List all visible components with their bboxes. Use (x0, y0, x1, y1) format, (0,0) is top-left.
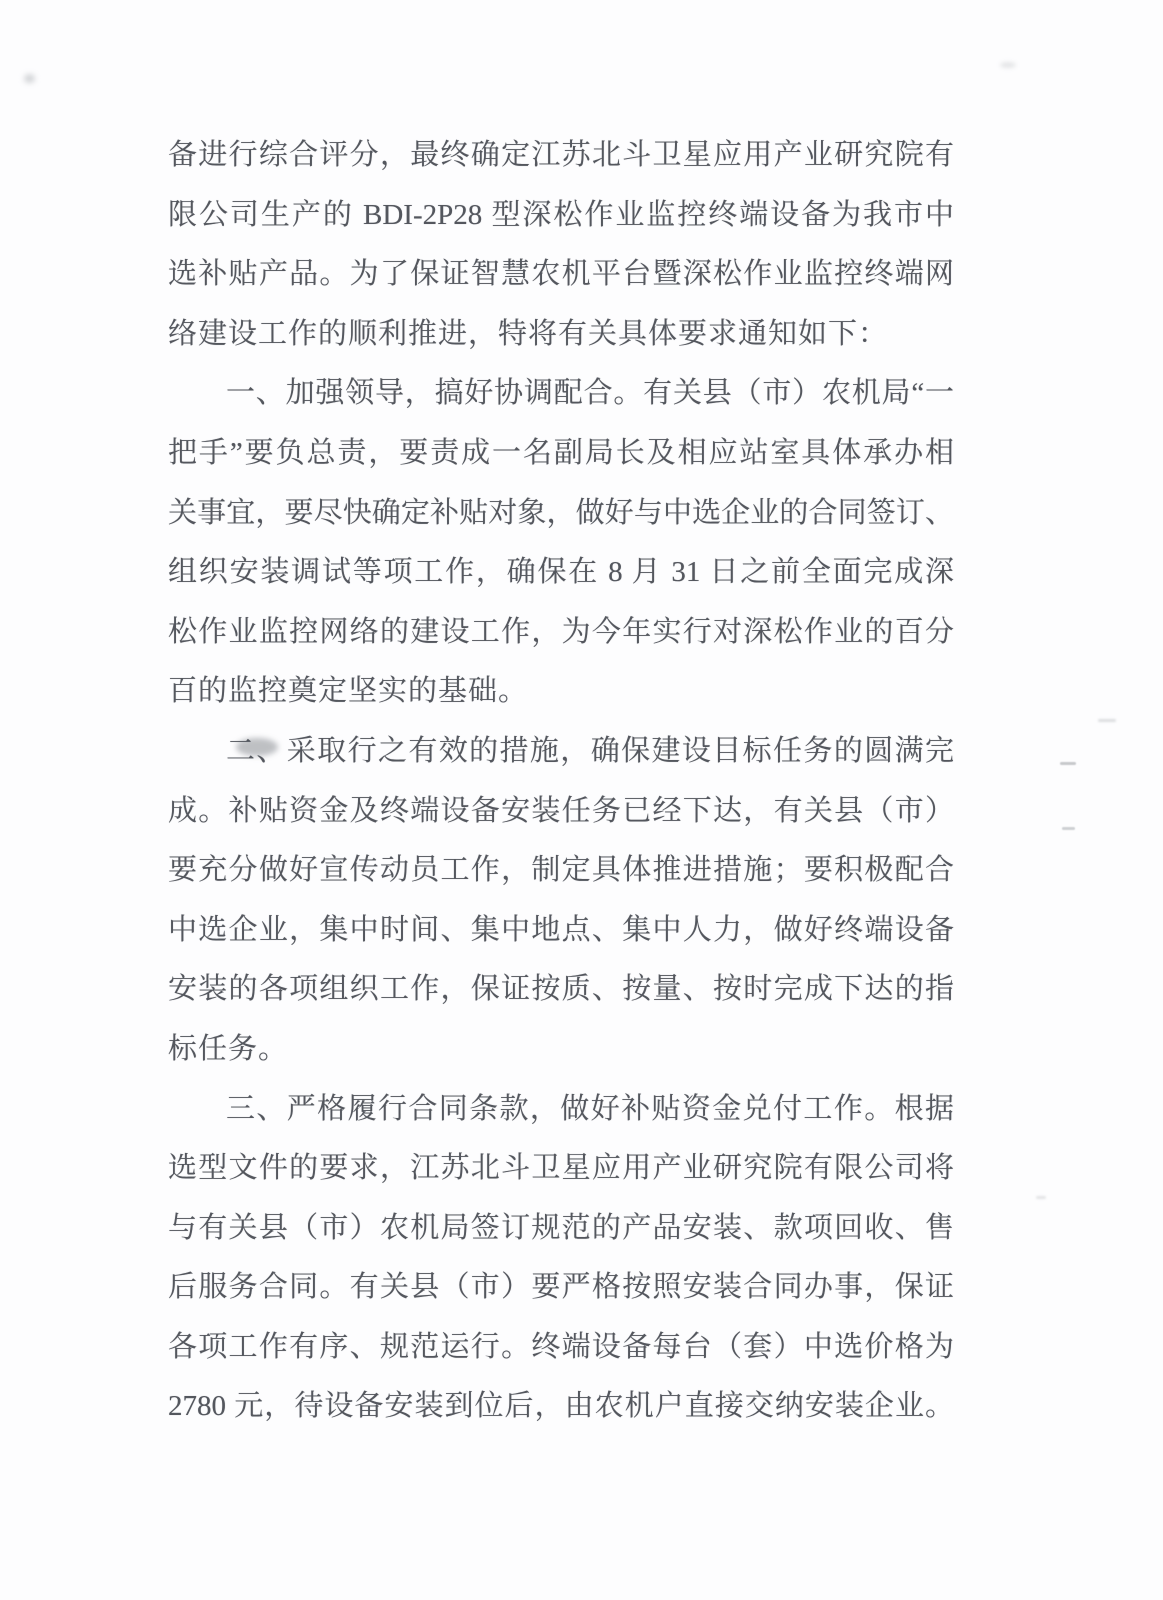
text-line: 各项工作有序、规范运行。终端设备每台（套）中选价格为 (168, 1318, 954, 1378)
text-line: 安装的各项组织工作，保证按质、按量、按时完成下达的指 (168, 960, 954, 1020)
text-line: 备进行综合评分，最终确定江苏北斗卫星应用产业研究院有 (168, 126, 954, 186)
text-line: 松作业监控网络的建设工作，为今年实行对深松作业的百分 (168, 603, 954, 663)
text-line: 中选企业，集中时间、集中地点、集中人力，做好终端设备 (168, 901, 954, 961)
scan-noise-dash (1098, 719, 1116, 722)
scan-noise-spot (24, 74, 35, 83)
text-line: 成。补贴资金及终端设备安装任务已经下达，有关县（市） (168, 782, 954, 842)
text-line-section-3-heading: 三、严格履行合同条款，做好补贴资金兑付工作。根据 (168, 1080, 954, 1140)
text-line: 与有关县（市）农机局签订规范的产品安装、款项回收、售 (168, 1199, 954, 1259)
document-body-text: 备进行综合评分，最终确定江苏北斗卫星应用产业研究院有 限公司生产的 BDI-2P… (168, 126, 954, 1437)
text-line-paragraph-end: 百的监控奠定坚实的基础。 (168, 662, 954, 722)
scan-noise-dash (1062, 827, 1075, 830)
document-page: 备进行综合评分，最终确定江苏北斗卫星应用产业研究院有 限公司生产的 BDI-2P… (0, 0, 1163, 1600)
text-line: 关事宜，要尽快确定补贴对象，做好与中选企业的合同签订、 (168, 484, 954, 544)
text-line: 选型文件的要求，江苏北斗卫星应用产业研究院有限公司将 (168, 1139, 954, 1199)
text-line: 组织安装调试等项工作，确保在 8 月 31 日之前全面完成深 (168, 543, 954, 603)
text-line-section-1-heading: 一、加强领导，搞好协调配合。有关县（市）农机局“一 (168, 364, 954, 424)
text-line: 2780 元，待设备安装到位后，由农机户直接交纳安装企业。 (168, 1377, 954, 1437)
text-line: 要充分做好宣传动员工作，制定具体推进措施；要积极配合 (168, 841, 954, 901)
scan-noise-dash (1036, 1196, 1046, 1199)
text-line-paragraph-end: 络建设工作的顺利推进，特将有关具体要求通知如下： (168, 305, 954, 365)
text-line: 后服务合同。有关县（市）要严格按照安装合同办事，保证 (168, 1258, 954, 1318)
text-line: 把手”要负总责，要责成一名副局长及相应站室具体承办相 (168, 424, 954, 484)
text-line: 限公司生产的 BDI-2P28 型深松作业监控终端设备为我市中 (168, 186, 954, 246)
scan-noise-wisp (1000, 62, 1016, 68)
text-line-section-2-heading: 二、采取行之有效的措施，确保建设目标任务的圆满完 (168, 722, 954, 782)
scan-noise-dash (1060, 762, 1076, 765)
text-line: 选补贴产品。为了保证智慧农机平台暨深松作业监控终端网 (168, 245, 954, 305)
text-line-paragraph-end: 标任务。 (168, 1020, 954, 1080)
